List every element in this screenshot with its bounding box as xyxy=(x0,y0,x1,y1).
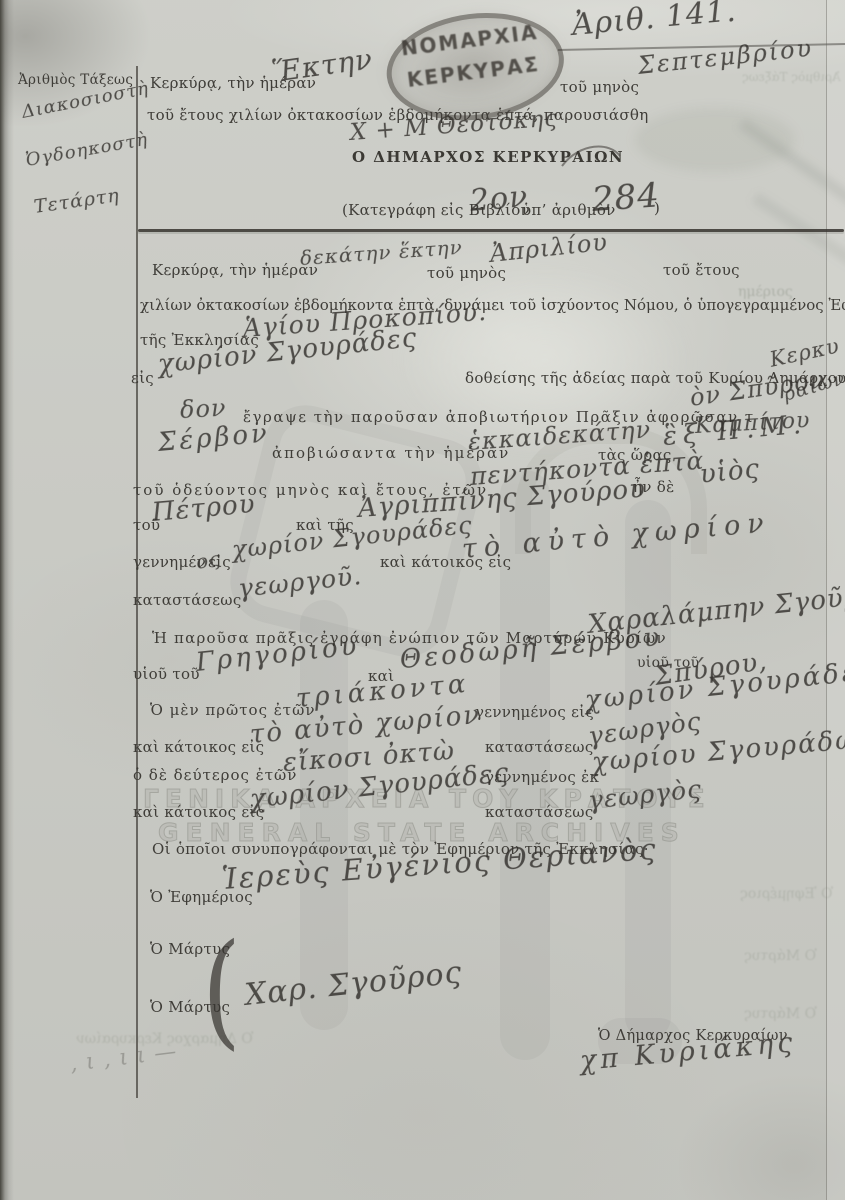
scanned-death-record-page: ΓΕΝΙΚΑ ΑΡΧΕΙΑ ΤΟΥ ΚΡΑΤΟΥΣ GENERAL STATE … xyxy=(0,0,845,1200)
act-l2: χιλίων ὀκτακοσίων ἑβδομήκοντα ἑπτὰ, δυνά… xyxy=(140,296,845,314)
act-l16-b: καταστάσεως xyxy=(485,803,594,821)
margin-order-hw-3: Τετάρτη xyxy=(32,184,121,218)
act-l13-b: γεννημένος εἰς xyxy=(475,703,594,721)
act-l16-a: καὶ κάτοικος εἰς xyxy=(133,803,264,821)
register-book-hw: 2ον xyxy=(468,179,529,219)
prefecture-stamp: ΝΟΜΑΡΧΙΑ ΚΕΡΚΥΡΑΣ xyxy=(374,1,570,128)
bleed-witness-label: Ὁ Μάρτυς xyxy=(744,1006,817,1022)
witness-signature-hw: Χαρ. Σγοῦρος xyxy=(243,955,464,1013)
act-l10-a: καταστάσεως xyxy=(133,591,242,609)
act-l14-b: καταστάσεως xyxy=(485,738,594,756)
deceased-surname-hw: Σέρβον xyxy=(157,418,271,458)
archive-number-hw: Ἀριθ. 141. xyxy=(570,0,737,43)
pres-line1-b: τοῦ μηνὸς xyxy=(560,78,639,96)
act-l14-a: καὶ κάτοικος εἰς xyxy=(133,738,264,756)
margin-vertical-rule xyxy=(136,66,138,1098)
bleed-stamp-echo xyxy=(635,108,795,172)
bleed-priest-label: Ὁ Ἐφημέριος xyxy=(740,886,833,902)
margin-order-hw-2: Ὀγδοηκοστὴ xyxy=(24,129,149,171)
status-hw: γεωργοῦ. xyxy=(236,561,363,603)
act-l1-a: Κερκύρᾳ, τὴν ἡμέραν xyxy=(152,261,318,279)
bleed-smudge xyxy=(752,192,845,289)
act-l9-os-hw: ος xyxy=(194,546,223,574)
act-l15-a: ὁ δὲ δεύτερος ἐτῶν xyxy=(133,766,297,784)
bleed-smudge xyxy=(738,118,845,214)
bleed-margin-label: Ἀριθμὸς Τάξεως xyxy=(742,70,841,84)
pres-day-hw: Ἕκτην xyxy=(270,42,375,89)
witness-brace: ( xyxy=(202,916,241,1062)
left-scan-edge xyxy=(0,0,14,1200)
mayor-title: Ο ΔΗΜΑΡΧΟΣ ΚΕΡΚΥΡΑΙΩΝ xyxy=(352,148,624,166)
header-divider-rule xyxy=(138,229,844,232)
act-l5-hw: δον xyxy=(179,394,227,424)
mayor-of-hw-1: Κερκυ xyxy=(768,334,842,372)
act-l12-a: υἱοῦ τοῦ xyxy=(133,665,200,683)
bleed-witness-label: Ὁ Μάρτυς xyxy=(744,948,817,964)
act-l4-a: εἰς xyxy=(131,369,154,387)
act-month-hw: Ἀπριλίου xyxy=(489,228,610,268)
act-l7-hw: υἱὸς xyxy=(698,454,761,490)
act-l1-c: τοῦ ἔτους xyxy=(663,261,740,279)
register-number-hw: 284 xyxy=(591,175,662,220)
